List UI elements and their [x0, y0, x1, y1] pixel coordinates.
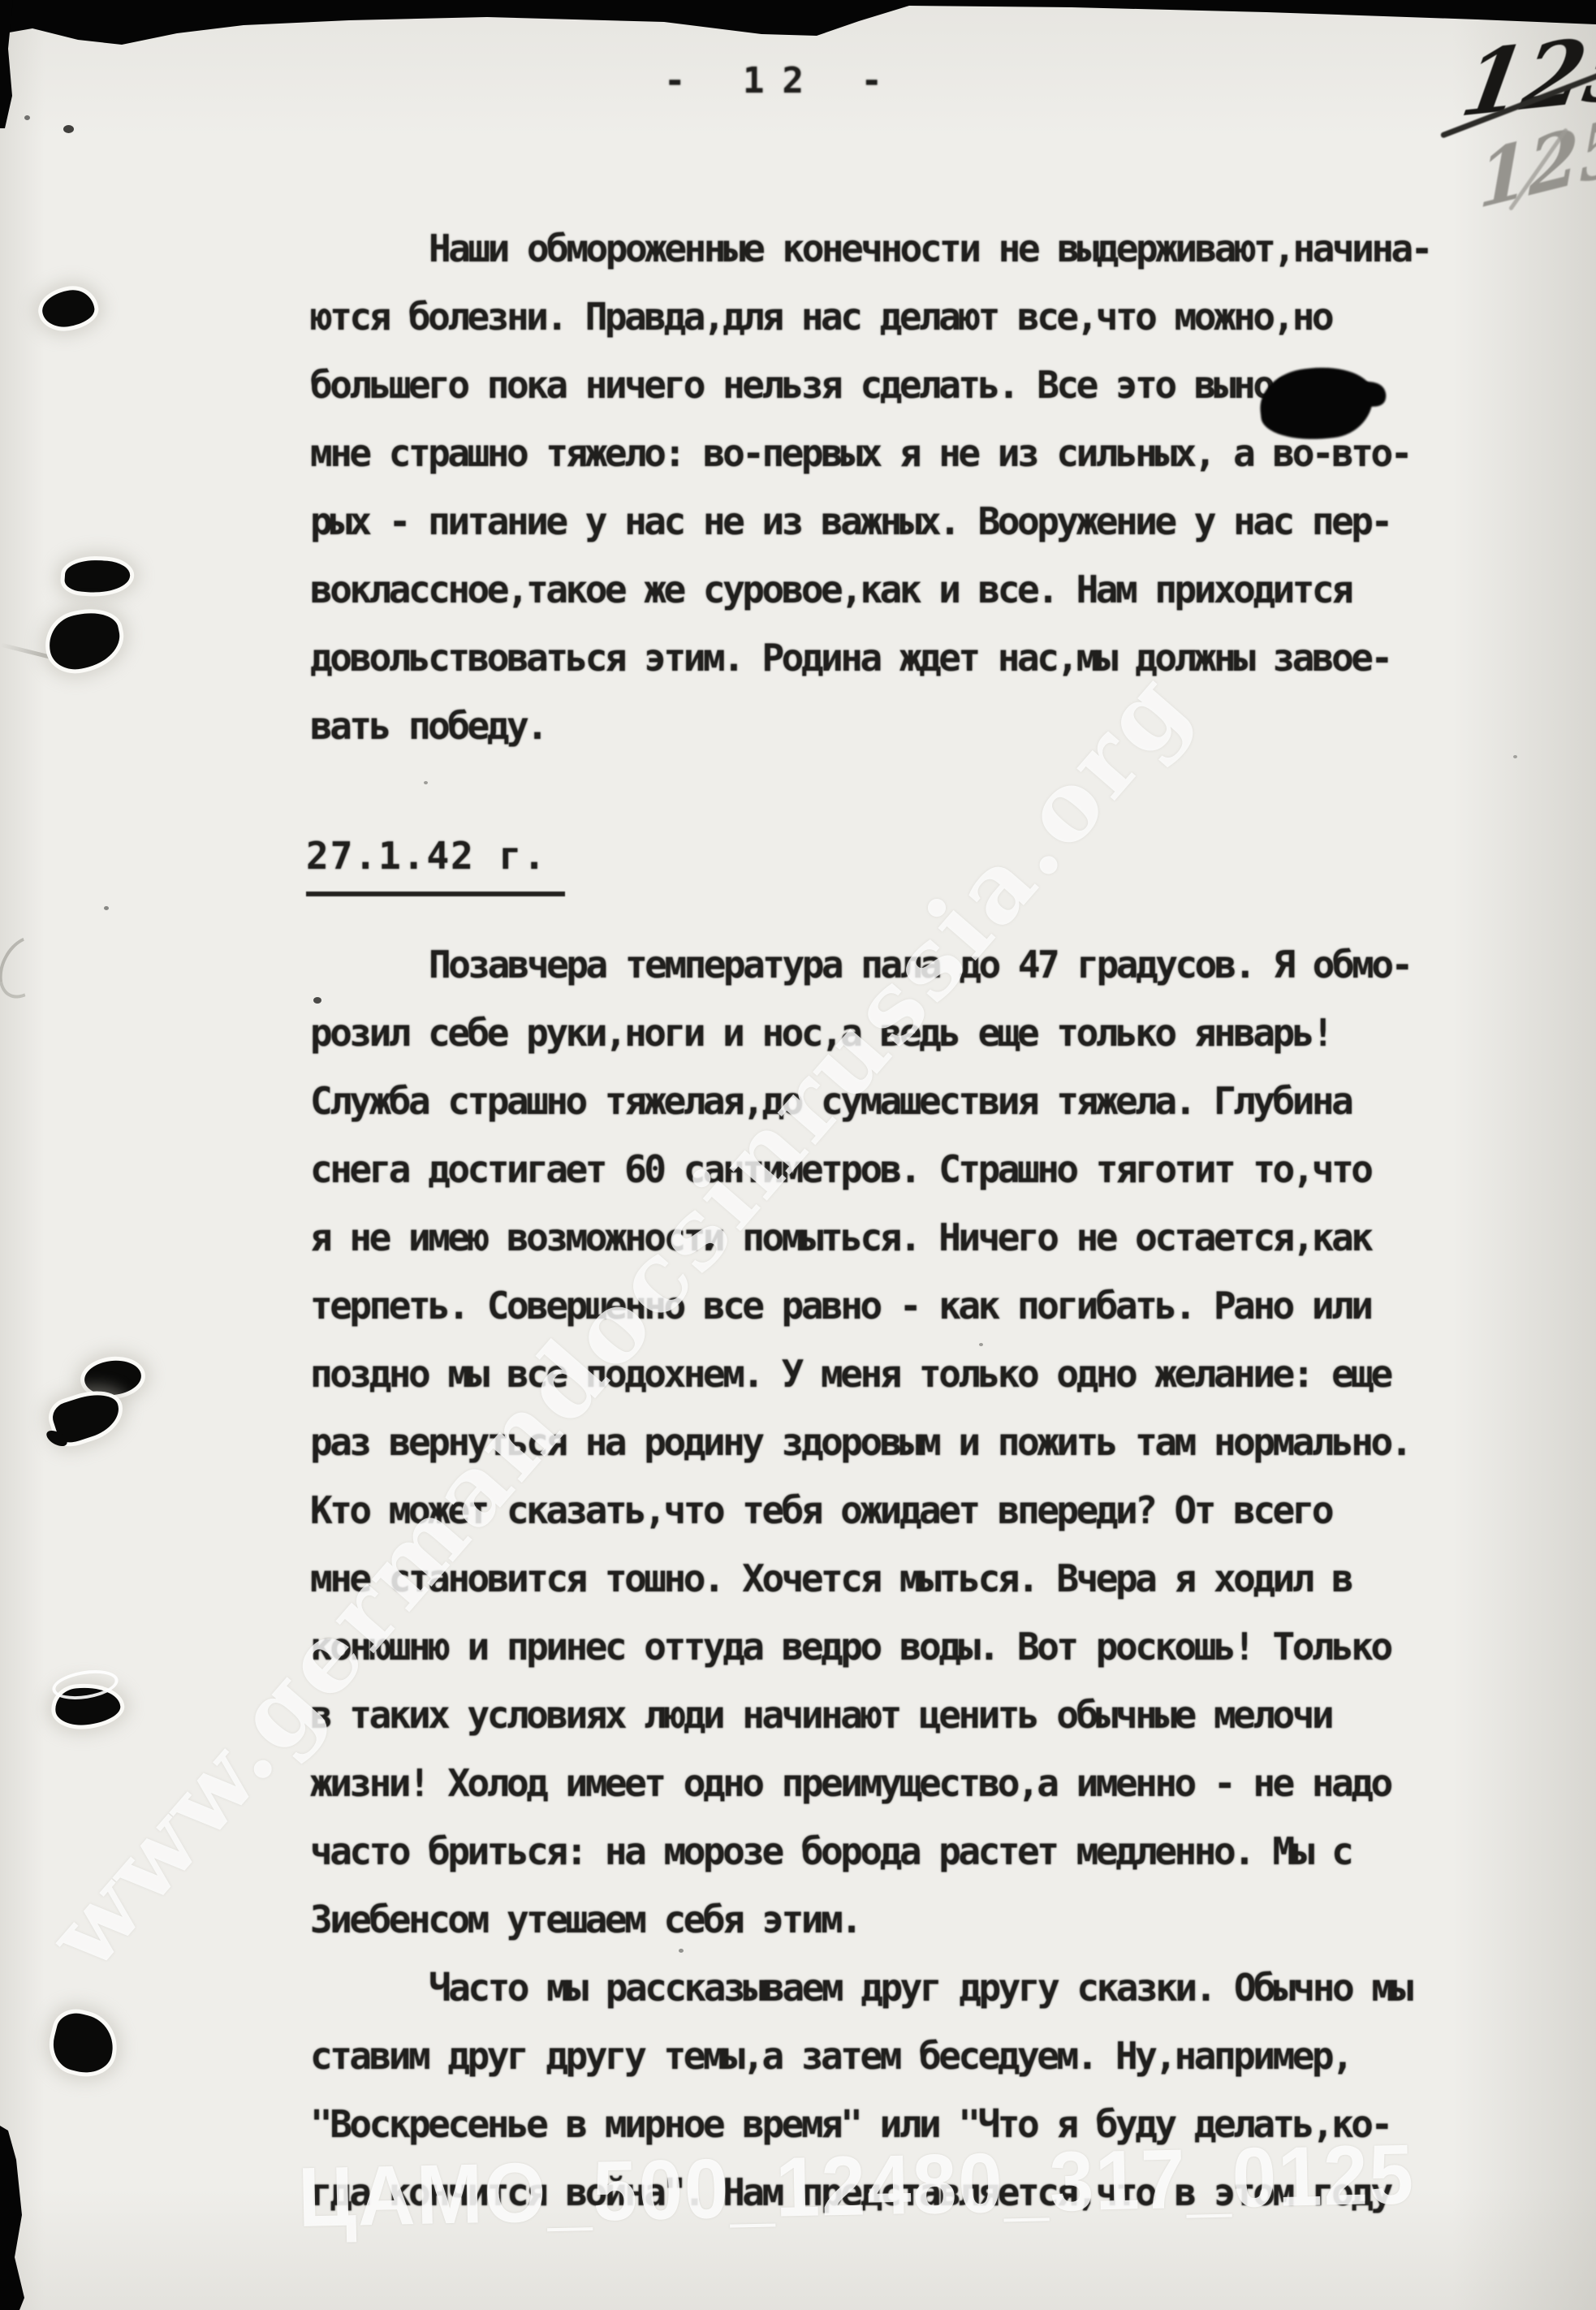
paper-crease — [0, 643, 56, 661]
paper-hole — [40, 287, 97, 330]
scanned-document-page: - 12 - Наши обмороженные конечности не в… — [0, 0, 1596, 2310]
page-number: - 12 - — [664, 47, 900, 115]
paper-speck — [679, 1949, 684, 1953]
pencil-smudge — [0, 927, 60, 1008]
paper-speck — [24, 115, 30, 120]
paper-speck — [979, 1343, 983, 1346]
date-heading-text: 27.1.42 г. — [306, 822, 565, 896]
paper-speck — [63, 125, 74, 133]
paper-hole — [83, 1358, 143, 1397]
paper-hole — [48, 2009, 120, 2079]
paper-hole — [64, 558, 132, 594]
paragraph-1: Наши обмороженные конечности не выдержив… — [310, 214, 1471, 760]
scan-edge-top — [0, 0, 1596, 50]
paper-speck — [313, 997, 321, 1004]
paper-speck — [424, 781, 428, 784]
paper-speck — [1513, 755, 1517, 758]
paper-hole — [44, 607, 125, 675]
date-heading: 27.1.42 г. — [306, 822, 565, 896]
paper-speck — [104, 906, 109, 910]
scan-edge-bottom-left — [0, 2126, 28, 2310]
